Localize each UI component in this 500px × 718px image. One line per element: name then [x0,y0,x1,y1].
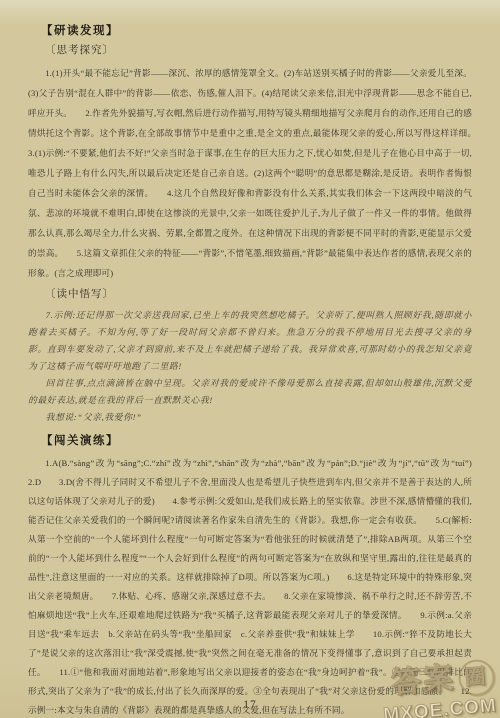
scanned-answer-page: 【研读发现】 〔思考探究〕 1.(1)开头“最不能忘记”背影——深沉、浓厚的感情… [0,0,500,718]
answers-chuangguan-paragraph: 1.A(B.“sàng”改为“sāng”;C.“zhí”改为“zhì”,“shā… [28,454,472,718]
subsection-duzhong-wuxie: 〔读中悟写〕 [45,288,472,302]
section-header-chuangguan-yanlian: 【闯关演练】 [41,434,472,449]
subsection-sikao-tanjiu: 〔思考探究〕 [45,44,472,58]
section-header-yandu-faxian: 【研读发现】 [41,24,472,39]
essay-paragraph-2: 回首往事,点点滴滴皆在脑中呈现。父亲对我的爱或许不像母爱那么直接表露,但却如山般… [28,375,472,409]
essay-paragraph-1: 7.示例:还记得那一次父亲送我回家,已坐上车的我突然想吃橘子。父亲听了,便叫熟人… [28,307,472,375]
answers-sikao-paragraph: 1.(1)开头“最不能忘记”背影——深沉、浓厚的感情笼罩全文。(2)车站送别买橘… [28,63,472,283]
essay-paragraph-3: 我想说:“父亲,我爱你!” [28,409,472,426]
page-number: 17 [0,699,500,711]
